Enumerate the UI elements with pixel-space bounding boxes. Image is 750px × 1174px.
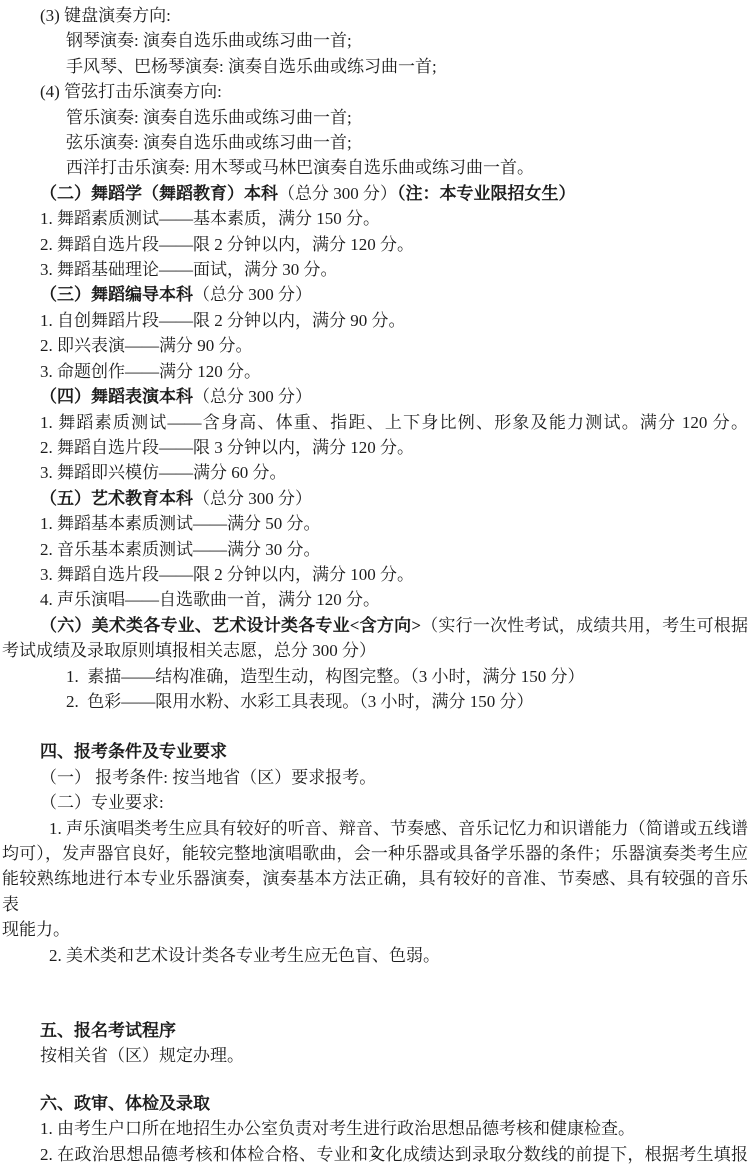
- doc-text: （一） 报考条件: 按当地省（区）要求报考。: [40, 768, 376, 787]
- paragraph-line: 1. 声乐演唱类考生应具有较好的听音、辩音、节奏感、音乐记忆力和识谱能力（简谱或…: [2, 816, 748, 841]
- doc-text: 弦乐演奏: 演奏自选乐曲或练习曲一首;: [66, 133, 352, 152]
- paragraph-line: 均可），发声器官良好，能较完整地演唱歌曲，会一种乐器或具备学乐器的条件；乐器演奏…: [2, 841, 748, 866]
- doc-text: 1. 舞蹈素质测试——基本素质，满分 150 分。: [40, 209, 380, 228]
- doc-text-bold: （六）美术类各专业、艺术设计类各专业<含方向>: [40, 616, 421, 635]
- page-number: 2: [0, 1139, 750, 1164]
- doc-text: 均可），发声器官良好，能较完整地演唱歌曲，会一种乐器或具备学乐器的条件；乐器演奏…: [2, 844, 748, 863]
- doc-text-bold: 五、报名考试程序: [40, 1021, 176, 1040]
- doc-text: 1. 素描——结构准确，造型生动，构图完整。（3 小时，满分 150 分）: [66, 667, 585, 686]
- doc-text-bold: 四、报考条件及专业要求: [40, 742, 227, 761]
- doc-text: 3. 命题创作——满分 120 分。: [40, 362, 261, 381]
- doc-text: (3) 键盘演奏方向:: [40, 6, 171, 25]
- paragraph-line: 考试成绩及录取原则填报相关志愿，总分 300 分）: [2, 638, 748, 663]
- doc-text-bold: （三）舞蹈编导本科: [40, 285, 193, 304]
- section-heading-requirements: 四、报考条件及专业要求: [2, 739, 748, 764]
- doc-text: 钢琴演奏: 演奏自选乐曲或练习曲一首;: [66, 31, 352, 50]
- list-item: 1. 舞蹈基本素质测试——满分 50 分。: [2, 511, 748, 536]
- doc-text: (4) 管弦打击乐演奏方向:: [40, 82, 222, 101]
- doc-text-bold: （二）舞蹈学（舞蹈教育）本科: [40, 184, 278, 203]
- list-item: 2. 舞蹈自选片段——限 3 分钟以内，满分 120 分。: [2, 435, 748, 460]
- paragraph-line: 2. 美术类和艺术设计类各专业考生应无色盲、色弱。: [2, 943, 748, 968]
- subsection-heading-dance-choreography: （三）舞蹈编导本科（总分 300 分）: [2, 282, 748, 307]
- section-heading-registration: 五、报名考试程序: [2, 1018, 748, 1043]
- list-item: 1. 素描——结构准确，造型生动，构图完整。（3 小时，满分 150 分）: [2, 664, 748, 689]
- doc-text: （总分 300 分）: [278, 184, 397, 203]
- doc-text: 2. 美术类和艺术设计类各专业考生应无色盲、色弱。: [49, 946, 440, 965]
- list-item: 3. 舞蹈基础理论——面试，满分 30 分。: [2, 257, 748, 282]
- list-item: 2. 色彩——限用水粉、水彩工具表现。（3 小时，满分 150 分）: [2, 689, 748, 714]
- doc-text: （二）专业要求:: [40, 793, 164, 812]
- doc-text: 3. 舞蹈即兴模仿——满分 60 分。: [40, 463, 287, 482]
- doc-text: 1. 声乐演唱类考生应具有较好的听音、辩音、节奏感、音乐记忆力和识谱能力（简谱或…: [49, 819, 748, 838]
- doc-text: 西洋打击乐演奏: 用木琴或马林巴演奏自选乐曲或练习曲一首。: [66, 158, 534, 177]
- list-item: 2. 舞蹈自选片段——限 2 分钟以内，满分 120 分。: [2, 232, 748, 257]
- doc-text: 3. 舞蹈基础理论——面试，满分 30 分。: [40, 260, 338, 279]
- doc-text: 能较熟练地进行本专业乐器演奏，演奏基本方法正确，具有较好的音准、节奏感、具有较强…: [2, 869, 748, 913]
- doc-text: 现能力。: [2, 920, 70, 939]
- list-item: （一） 报考条件: 按当地省（区）要求报考。: [2, 765, 748, 790]
- section-heading-review-admission: 六、政审、体检及录取: [2, 1091, 748, 1116]
- list-item: 2. 即兴表演——满分 90 分。: [2, 333, 748, 358]
- doc-text: （实行一次性考试，成绩共用，考生可根据: [421, 616, 748, 635]
- doc-text-bold: （五）艺术教育本科: [40, 489, 193, 508]
- list-item: 4. 声乐演唱——自选歌曲一首，满分 120 分。: [2, 587, 748, 612]
- doc-text: （总分 300 分）: [193, 285, 312, 304]
- list-item: 1. 自创舞蹈片段——限 2 分钟以内，满分 90 分。: [2, 308, 748, 333]
- list-item: 1. 舞蹈素质测试——基本素质，满分 150 分。: [2, 206, 748, 231]
- doc-text-bold: 六、政审、体检及录取: [40, 1094, 210, 1113]
- doc-text: 手风琴、巴杨琴演奏: 演奏自选乐曲或练习曲一首;: [66, 57, 437, 76]
- doc-text: 管乐演奏: 演奏自选乐曲或练习曲一首;: [66, 108, 352, 127]
- list-item-piano: 钢琴演奏: 演奏自选乐曲或练习曲一首;: [2, 28, 748, 53]
- doc-text: 按相关省（区）规定办理。: [40, 1046, 244, 1065]
- list-item-keyboard-direction: (3) 键盘演奏方向:: [2, 3, 748, 28]
- doc-text: （总分 300 分）: [193, 489, 312, 508]
- doc-text: 1. 舞蹈素质测试——含身高、体重、指距、上下身比例、形象及能力测试。满分 12…: [40, 413, 748, 432]
- paragraph-line: 按相关省（区）规定办理。: [2, 1043, 748, 1068]
- subsection-heading-art-education: （五）艺术教育本科（总分 300 分）: [2, 486, 748, 511]
- doc-text-bold: （注：本专业限招女生）: [397, 184, 576, 203]
- doc-text: 1. 舞蹈基本素质测试——满分 50 分。: [40, 514, 321, 533]
- list-item: 3. 命题创作——满分 120 分。: [2, 359, 748, 384]
- list-item: （二）专业要求:: [2, 790, 748, 815]
- subsection-heading-fine-arts: （六）美术类各专业、艺术设计类各专业<含方向>（实行一次性考试，成绩共用，考生可…: [2, 613, 748, 638]
- doc-text: 1. 由考生户口所在地招生办公室负责对考生进行政治思想品德考核和健康检查。: [40, 1119, 635, 1138]
- doc-text: 2. 即兴表演——满分 90 分。: [40, 336, 253, 355]
- list-item: 2. 音乐基本素质测试——满分 30 分。: [2, 537, 748, 562]
- doc-text-bold: （四）舞蹈表演本科: [40, 387, 193, 406]
- list-item-orchestral-direction: (4) 管弦打击乐演奏方向:: [2, 79, 748, 104]
- doc-text: 2. 舞蹈自选片段——限 3 分钟以内，满分 120 分。: [40, 438, 414, 457]
- list-item: 3. 舞蹈即兴模仿——满分 60 分。: [2, 460, 748, 485]
- list-item-wind: 管乐演奏: 演奏自选乐曲或练习曲一首;: [2, 105, 748, 130]
- doc-text: 考试成绩及录取原则填报相关志愿，总分 300 分）: [2, 641, 376, 660]
- list-item-string: 弦乐演奏: 演奏自选乐曲或练习曲一首;: [2, 130, 748, 155]
- doc-text: 4. 声乐演唱——自选歌曲一首，满分 120 分。: [40, 590, 380, 609]
- list-item: 1. 舞蹈素质测试——含身高、体重、指距、上下身比例、形象及能力测试。满分 12…: [2, 410, 748, 435]
- document-page: (3) 键盘演奏方向:钢琴演奏: 演奏自选乐曲或练习曲一首;手风琴、巴杨琴演奏:…: [0, 0, 750, 1174]
- list-item: 3. 舞蹈自选片段——限 2 分钟以内，满分 100 分。: [2, 562, 748, 587]
- subsection-heading-dance-performance: （四）舞蹈表演本科（总分 300 分）: [2, 384, 748, 409]
- doc-text: 3. 舞蹈自选片段——限 2 分钟以内，满分 100 分。: [40, 565, 414, 584]
- doc-text: 1. 自创舞蹈片段——限 2 分钟以内，满分 90 分。: [40, 311, 406, 330]
- paragraph-line: 现能力。: [2, 917, 748, 942]
- subsection-heading-dance-education: （二）舞蹈学（舞蹈教育）本科（总分 300 分）（注：本专业限招女生）: [2, 181, 748, 206]
- doc-text: 2. 音乐基本素质测试——满分 30 分。: [40, 540, 321, 559]
- paragraph-line: 能较熟练地进行本专业乐器演奏，演奏基本方法正确，具有较好的音准、节奏感、具有较强…: [2, 866, 748, 917]
- list-item-accordion: 手风琴、巴杨琴演奏: 演奏自选乐曲或练习曲一首;: [2, 54, 748, 79]
- doc-text: （总分 300 分）: [193, 387, 312, 406]
- doc-text: 2. 色彩——限用水粉、水彩工具表现。（3 小时，满分 150 分）: [66, 692, 534, 711]
- list-item-percussion: 西洋打击乐演奏: 用木琴或马林巴演奏自选乐曲或练习曲一首。: [2, 155, 748, 180]
- document-body: (3) 键盘演奏方向:钢琴演奏: 演奏自选乐曲或练习曲一首;手风琴、巴杨琴演奏:…: [2, 3, 748, 1167]
- doc-text: 2. 舞蹈自选片段——限 2 分钟以内，满分 120 分。: [40, 235, 414, 254]
